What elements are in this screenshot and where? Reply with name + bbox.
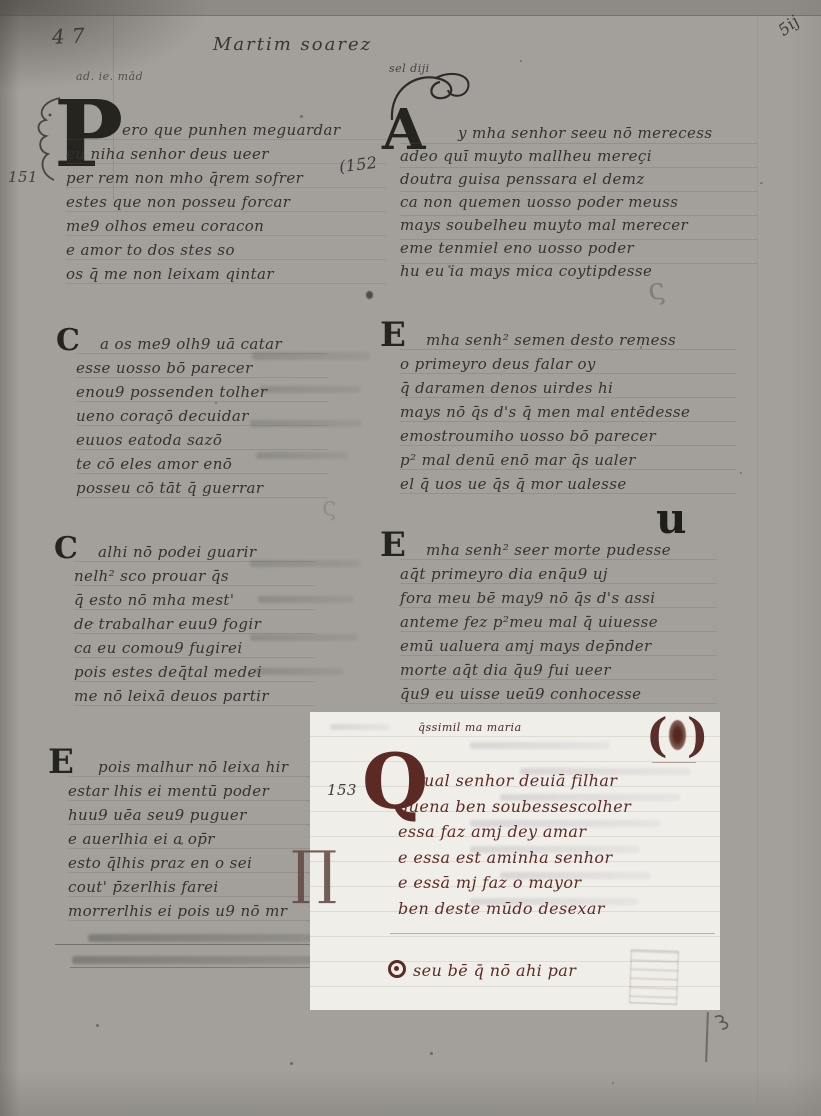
verse-line: pois malhur nō leixa hir [98,755,288,779]
verse-line: emostroumiho uosso bō parecer [400,424,690,448]
showthrough-smudge [250,420,362,427]
showthrough-smudge [470,742,610,749]
verse-line: alhi nō podei guarir [98,540,269,564]
speck [612,1082,614,1084]
speck [300,115,303,118]
manuscript-page: 4 7 Martim soarez ad. ie. mād sel diji 5… [0,0,821,1116]
stanza-box: Q ual senhor deuiā filharquena ben soube… [398,768,677,921]
speck [290,1062,293,1065]
verse-line: emū ualuera amj mays dep̄nder [400,634,671,658]
verse-line: morrerlhis ei pois u9 nō mr [68,899,288,923]
stanza-lines: mha senh² seer morte pudesseaq̄t primeyr… [400,538,717,706]
speck [215,402,217,404]
verse-line: essa faz amj dey amar [398,819,631,845]
verse-line: adeo quī muyto mallheu mereçi [400,145,712,168]
verse-line: ben deste mūdo desexar [398,896,631,922]
initial-dot [394,966,399,971]
box-last-line: seu bē q̄ nō ahi par [388,958,576,980]
verse-line: esse uosso bō parecer [76,356,282,380]
verse-line: q̄ esto nō mha mest' [74,588,269,612]
verse-line: posseu cō tāt q̄ guerrar [76,476,282,500]
showthrough-smudge [258,596,354,603]
verse-line: me nō leixā deuos partir [74,684,269,708]
stanza-c2-2: E mha senh² semen desto remesso primeyro… [400,328,736,496]
right-paren-glyph: ) [687,712,709,758]
speck [740,472,742,474]
showthrough-u-glyph: u [656,494,687,543]
verse-line: anteme fez p²meu mal q̄ uiuesse [400,610,671,634]
verse-line: p² mal denū enō mar q̄s ualer [400,448,690,472]
speck [430,1052,433,1055]
stanza-lines: ero que punhen meguardareu niha senhor d… [66,118,386,286]
verse-line: q̄u9 eu uisse ueū9 conhocesse [400,682,671,706]
verse-line: nelh² sco prouar q̄s [74,564,269,588]
stanza-c1-1: P ero que punhen meguardareu niha senhor… [66,118,386,286]
verse-line: ca eu comou9 fugirei [74,636,269,660]
verse-line: mays soubelheu muyto mal merecer [400,214,712,237]
pen-trial-doodle [629,949,679,1005]
verse-line: e amor to dos stes so [66,238,340,262]
verse-line: cout' p̄zerlhis farei [68,875,288,899]
speck [640,346,642,349]
verse-line: mays nō q̄s d's q̄ men mal entēdesse [400,400,690,424]
showthrough-smudge [250,560,360,567]
verse-line: de trabalhar euu9 fogir [74,612,269,636]
verse-line: euuos eatoda sazō [76,428,282,452]
verse-line: huu9 uēa seu9 puguer [68,803,288,827]
showthrough-curl-glyph: ς [322,492,337,522]
showthrough-smudge [72,956,334,964]
verse-line: estes que non posseu forcar [66,190,340,214]
verse-line: hu eu ia mays mica coytipdesse [400,260,712,283]
ornament-blob [669,720,686,750]
verse-line: quena ben soubessescolher [398,794,631,820]
speck [448,265,451,268]
last-line-text: seu bē q̄ nō ahi par [413,961,576,980]
verse-line: esto q̄lhis praz en o sei [68,851,288,875]
verse-line: morte aq̄t dia q̄u9 fui ueer [400,658,671,682]
verse-line: ero que punhen meguardar [122,118,340,142]
verse-line: ca non quemen uosso poder meuss [400,191,712,214]
speck [760,182,763,184]
verse-line: e essā mj faz o mayor [398,870,631,896]
verse-line: eme tenmiel eno uosso poder [400,237,712,260]
showthrough-arch-glyph: ∏ [291,838,337,906]
ink-blotch [366,291,373,299]
showthrough-smudge [256,452,348,459]
verse-line: mha senh² semen desto remess [426,328,690,352]
stanza-lines: y mha senhor seeu nō merecessadeo quī mu… [400,122,758,283]
left-paren-glyph: ( [646,712,668,758]
speck [92,622,94,624]
stanza-c2-3: E mha senh² seer morte pudesseaq̄t prime… [400,538,717,706]
verse-line: per rem non mho q̄rem sofrer [66,166,340,190]
speck [520,60,522,62]
box-header-note: q̄ssimil ma maria [418,721,522,734]
showthrough-smudge [330,724,390,730]
pen-stroke-mark [705,1012,709,1062]
showthrough-smudge [260,386,360,393]
showthrough-smudge [250,634,358,641]
showthrough-smudge [88,934,340,942]
verse-line: aq̄t primeyro dia enq̄u9 uj [400,562,671,586]
verse-line: te cō eles amor enō [76,452,282,476]
verse-line: e essa est aminha senhor [398,845,631,871]
verse-line: eu niha senhor deus ueer [66,142,340,166]
verse-line: e auerlhia ei a op̄r [68,827,288,851]
ruling-line [390,933,715,934]
decorated-o-initial-icon [388,960,406,978]
showthrough-smudge [252,352,370,360]
speck [180,842,183,845]
verse-line: el q̄ uos ue q̄s q̄ mor ualesse [400,472,690,496]
stanza-lines: mha senh² semen desto remesso primeyro d… [400,328,736,496]
page-title: Martim soarez [213,34,372,55]
verse-line: fora meu bē may9 nō q̄s d's assi [400,586,671,610]
speck [96,1024,99,1027]
pen-squiggle-mark [712,1014,734,1034]
verse-line: o primeyro deus falar oy [400,352,690,376]
verse-line: os q̄ me non leixam qintar [66,262,340,286]
verse-line: estar lhis ei mentū poder [68,779,288,803]
ornament-underline [652,762,696,763]
verse-line: pois estes deq̄tal medei [74,660,269,684]
stanza-lines: ual senhor deuiā filharquena ben soubess… [398,768,677,921]
top-left-number: 4 7 [51,23,85,49]
verse-line: doutra guisa penssara el demz [400,168,712,191]
showthrough-smudge [254,668,344,675]
page-top-edge [0,15,821,16]
stanza-c2-1: A y mha senhor seeu nō merecessadeo quī … [400,122,758,283]
margin-number-153: 153 [327,781,357,799]
verse-line: ual senhor deuiā filhar [424,768,631,794]
verse-line: enou9 possenden tolher [76,380,282,404]
verse-line: q̄ daramen denos uirdes hi [400,376,690,400]
verse-line: me9 olhos emeu coracon [66,214,340,238]
verse-line: mha senh² seer morte pudesse [426,538,671,562]
box-ornament-icon: ( ) [646,712,709,758]
verse-line: y mha senhor seeu nō merecess [458,122,712,145]
